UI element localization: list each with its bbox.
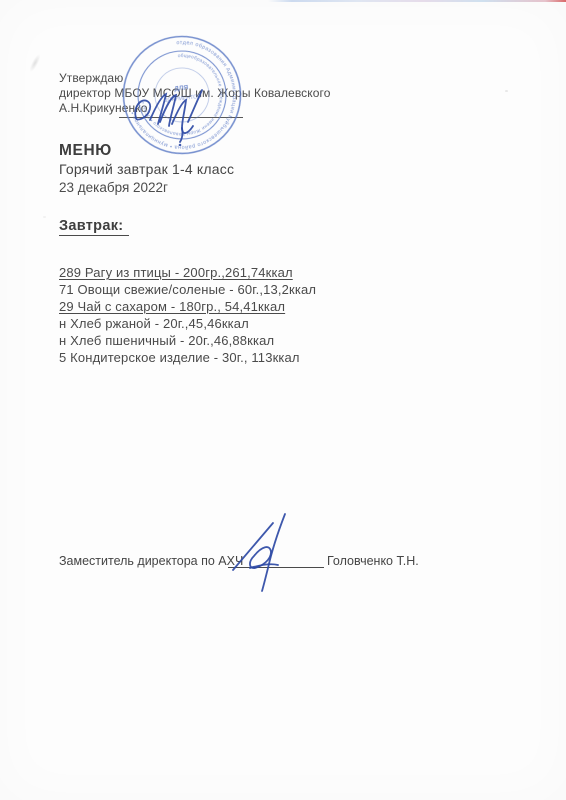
menu-item: н Хлеб ржаной - 20г.,45,46ккал	[59, 315, 316, 332]
menu-item: н Хлеб пшеничный - 20г.,46,88ккал	[59, 332, 316, 349]
scan-speck	[43, 216, 46, 218]
director-signature	[130, 84, 230, 146]
menu-items-list: 289 Рагу из птицы - 200гр.,261,74ккал 71…	[59, 264, 316, 366]
document-date: 23 декабря 2022г	[59, 180, 168, 195]
deputy-director-name: Головченко Т.Н.	[327, 554, 419, 568]
menu-item: 289 Рагу из птицы - 200гр.,261,74ккал	[59, 264, 316, 281]
scan-speck	[505, 90, 508, 92]
scan-edge-artifact	[268, 0, 566, 2]
menu-item: 71 Овощи свежие/соленые - 60г.,13,2ккал	[59, 281, 316, 298]
menu-item: 29 Чай с сахаром - 180гр., 54,41ккал	[59, 298, 316, 315]
section-title-breakfast: Завтрак:	[59, 218, 129, 236]
scan-smudge	[28, 53, 43, 73]
menu-item: 5 Кондитерское изделие - 30г., 113ккал	[59, 349, 316, 366]
document-subtitle: Горячий завтрак 1-4 класс	[59, 161, 234, 177]
deputy-signature	[228, 510, 308, 595]
deputy-director-label: Заместитель директора по АХЧ	[59, 554, 243, 568]
document-title: МЕНЮ	[59, 142, 112, 160]
scanned-menu-document: Утверждаю директор МБОУ МСОШ им. Жоры Ко…	[0, 0, 566, 800]
